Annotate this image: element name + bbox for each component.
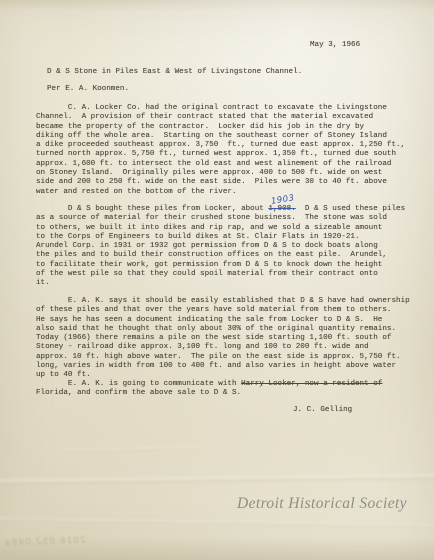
subject-line: D & S Stone in Piles East & West of Livi…	[47, 68, 302, 77]
typed-line: water and rested on the bottom of the ri…	[36, 188, 405, 197]
typed-line: of the west pile so that they could spoi…	[36, 270, 405, 279]
typed-line: to the Corps of Engineers to build dikes…	[36, 233, 405, 242]
typed-line: to others, we built it into dikes and ri…	[36, 224, 405, 233]
typed-line: He says he has seen a document indicatin…	[36, 316, 410, 325]
typed-line: Stoney - railroad dike approx. 3,100 ft.…	[36, 343, 410, 352]
paragraph-2: D & S bought these piles from Locker, ab…	[36, 205, 405, 289]
typed-line: E. A. K. says it should be easily establ…	[36, 297, 410, 306]
paragraph-4: E. A. K. is going to communicate with Ha…	[36, 380, 382, 399]
typed-line: it.	[36, 279, 405, 288]
handwritten-annotation: 1903	[271, 194, 296, 206]
bleed-through-accession-number: 2016.052.049a	[4, 536, 86, 549]
typed-text: E. A. K. is going to communicate with	[36, 380, 241, 388]
paragraph-3: E. A. K. says it should be easily establ…	[36, 297, 410, 381]
typed-line: turned north approx. 5,750 ft., turned w…	[36, 150, 405, 159]
typed-text: D & S bought these piles from Locker, ab…	[36, 205, 268, 213]
typed-line: E. A. K. is going to communicate with Ha…	[36, 380, 382, 389]
typed-line: of these piles and that over the years h…	[36, 306, 410, 315]
typed-line: D & S bought these piles from Locker, ab…	[36, 205, 405, 214]
typed-line: Florida, and confirm the above sale to D…	[36, 389, 382, 398]
typed-line: C. A. Locker Co. had the original contra…	[36, 104, 405, 113]
typed-line: long, varies in width from 100 to 400 ft…	[36, 362, 410, 371]
typed-line: side and 200 to 250 ft. wide on the east…	[36, 178, 405, 187]
typed-text: D & S used these piles	[296, 205, 405, 213]
typed-line: also said that he thought that only abou…	[36, 325, 410, 334]
typed-line: became the property of the contractor. L…	[36, 123, 405, 132]
typed-line: as a source of material for their crushe…	[36, 214, 405, 223]
typed-line: approx. 10 ft. high above water. The pil…	[36, 353, 410, 362]
typed-line: approx. 1,600 ft. to intersect the old e…	[36, 160, 405, 169]
typed-line: to facilitate their work, got permission…	[36, 261, 405, 270]
salutation-line: Per E. A. Koonmen.	[47, 85, 129, 94]
signature: J. C. Gelling	[293, 406, 352, 415]
letter-page: May 3, 1966 D & S Stone in Piles East & …	[0, 0, 434, 560]
paper-crease	[0, 474, 434, 485]
paper-crease	[0, 517, 434, 528]
typed-line: on Stoney Island. Originally piles were …	[36, 169, 405, 178]
paragraph-1: C. A. Locker Co. had the original contra…	[36, 104, 405, 197]
struck-text-blue: 1,908.1903	[268, 205, 295, 213]
watermark-text: Detroit Historical Society	[237, 495, 407, 513]
typed-line: diking off the whole area. Starting on t…	[36, 132, 405, 141]
typed-line: the piles and to build their constructio…	[36, 251, 405, 260]
paper-crease	[60, 447, 200, 453]
typed-line: Channel. A provision of their contract s…	[36, 113, 405, 122]
letter-date: May 3, 1966	[310, 41, 360, 50]
struck-text: Harry Looker, now a resident of	[241, 380, 382, 388]
